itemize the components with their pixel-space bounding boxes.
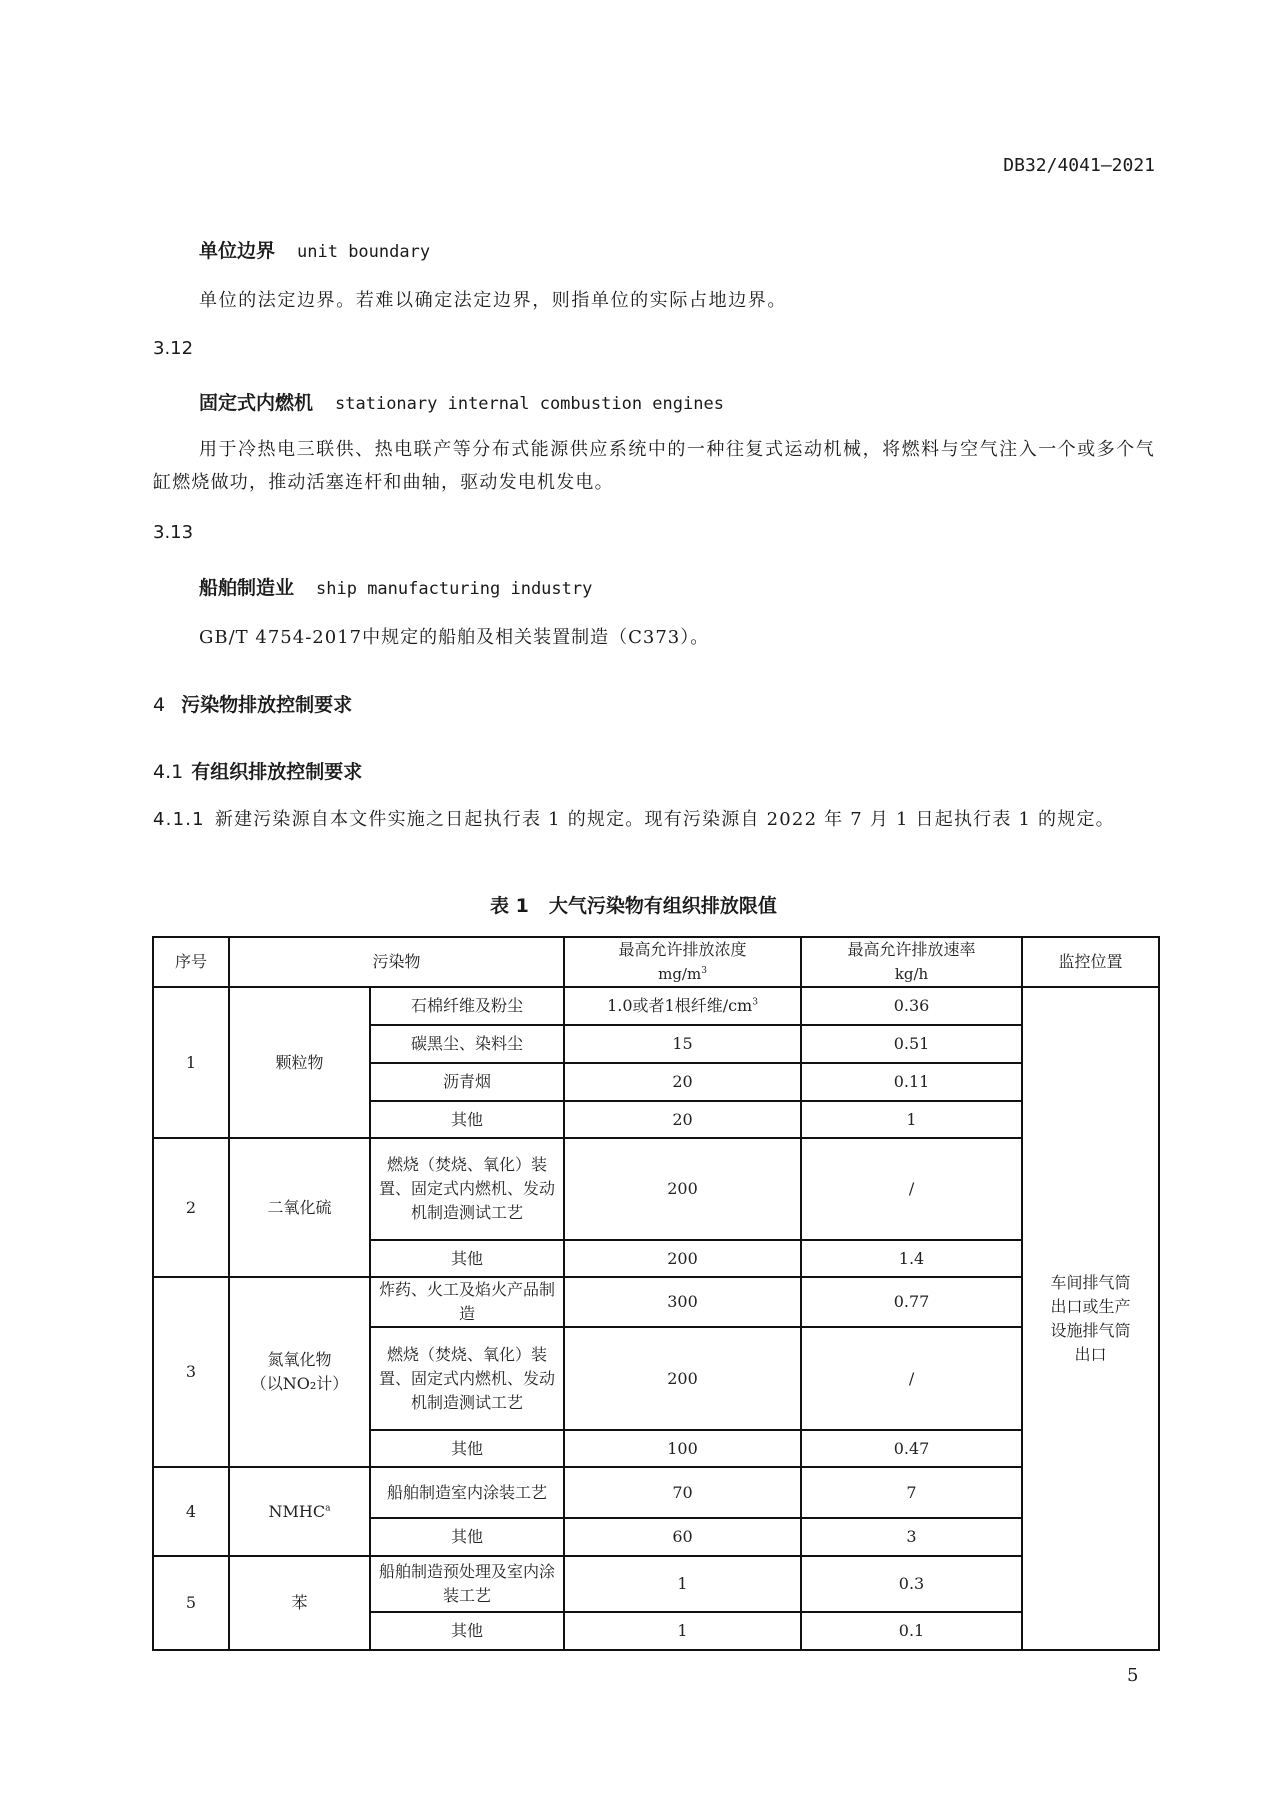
process-cell: 其他 (370, 1240, 564, 1277)
concentration-cell: 200 (564, 1138, 801, 1240)
concentration-cell: 200 (564, 1240, 801, 1277)
header-pollutant: 污染物 (229, 937, 564, 987)
section-title: 污染物排放控制要求 (181, 694, 352, 716)
term-stationary-engines: 固定式内燃机stationary internal combustion eng… (199, 388, 724, 415)
term-en: ship manufacturing industry (316, 579, 592, 599)
concentration-cell: 70 (564, 1467, 801, 1518)
term-unit-boundary: 单位边界unit boundary (199, 236, 430, 263)
concentration-cell: 15 (564, 1025, 801, 1063)
monitor-line: 车间排气筒 (1027, 1271, 1154, 1295)
pollutant-cell: 二氧化硫 (229, 1138, 370, 1277)
table-row: 1 颗粒物 石棉纤维及粉尘 1.0或者1根纤维/cm3 0.36 车间排气筒 出… (153, 987, 1159, 1025)
process-cell: 其他 (370, 1430, 564, 1467)
seq-cell: 4 (153, 1467, 229, 1556)
process-cell: 船舶制造室内涂装工艺 (370, 1467, 564, 1518)
monitor-line: 出口或生产 (1027, 1295, 1154, 1319)
header-rate-unit: kg/h (806, 962, 1017, 986)
section-number: 4.1 (153, 761, 183, 783)
rate-cell: 0.1 (801, 1612, 1022, 1650)
rate-cell: 0.77 (801, 1277, 1022, 1327)
rate-cell: 0.3 (801, 1556, 1022, 1612)
header-concentration-unit: mg/m3 (569, 962, 796, 986)
process-cell: 沥青烟 (370, 1063, 564, 1101)
document-number: DB32/4041—2021 (1003, 155, 1155, 176)
concentration-cell: 1 (564, 1612, 801, 1650)
term-zh: 船舶制造业 (199, 577, 294, 599)
concentration-cell: 100 (564, 1430, 801, 1467)
concentration-cell: 200 (564, 1327, 801, 1430)
rate-cell: / (801, 1138, 1022, 1240)
section-heading-4-1: 4.1有组织排放控制要求 (153, 757, 362, 784)
term-zh: 固定式内燃机 (199, 392, 313, 414)
monitor-line: 出口 (1027, 1343, 1154, 1367)
table-row: 5 苯 船舶制造预处理及室内涂装工艺 1 0.3 (153, 1556, 1159, 1612)
pollutant-note: （以NO₂计） (234, 1372, 365, 1396)
section-heading-4: 4污染物排放控制要求 (153, 690, 352, 717)
rate-cell: 1.4 (801, 1240, 1022, 1277)
seq-cell: 2 (153, 1138, 229, 1277)
concentration-cell: 1 (564, 1556, 801, 1612)
process-cell: 炸药、火工及焰火产品制造 (370, 1277, 564, 1327)
pollutant-name: 氮氧化物 (234, 1348, 365, 1372)
process-cell: 其他 (370, 1612, 564, 1650)
monitor-location-cell: 车间排气筒 出口或生产 设施排气筒 出口 (1022, 987, 1159, 1650)
term-en: unit boundary (297, 242, 430, 262)
rate-cell: 7 (801, 1467, 1022, 1518)
rate-cell: 0.36 (801, 987, 1022, 1025)
seq-cell: 5 (153, 1556, 229, 1650)
seq-cell: 1 (153, 987, 229, 1138)
process-cell: 燃烧（焚烧、氧化）装置、固定式内燃机、发动机制造测试工艺 (370, 1327, 564, 1430)
unit-superscript: 3 (752, 998, 758, 1008)
header-concentration-label: 最高允许排放浓度 (569, 938, 796, 962)
rate-cell: 3 (801, 1518, 1022, 1556)
concentration-cell: 1.0或者1根纤维/cm3 (564, 987, 801, 1025)
clause-number: 3.12 (153, 338, 193, 359)
process-cell: 燃烧（焚烧、氧化）装置、固定式内燃机、发动机制造测试工艺 (370, 1138, 564, 1240)
clause-number: 3.13 (153, 522, 193, 543)
term-en: stationary internal combustion engines (335, 394, 724, 414)
process-cell: 碳黑尘、染料尘 (370, 1025, 564, 1063)
monitor-line: 设施排气筒 (1027, 1319, 1154, 1343)
clause-number: 4.1.1 (153, 809, 205, 830)
concentration-cell: 20 (564, 1063, 801, 1101)
term-zh: 单位边界 (199, 240, 275, 262)
pollutant-cell: 氮氧化物 （以NO₂计） (229, 1277, 370, 1467)
clause-4-1-1: 4.1.1新建污染源自本文件实施之日起执行表 1 的规定。现有污染源自 2022… (153, 803, 1155, 836)
header-rate-label: 最高允许排放速率 (806, 938, 1017, 962)
pollutant-cell: NMHCa (229, 1467, 370, 1556)
process-cell: 其他 (370, 1101, 564, 1138)
header-seq: 序号 (153, 937, 229, 987)
section-title: 有组织排放控制要求 (191, 761, 362, 783)
pollutant-cell: 颗粒物 (229, 987, 370, 1138)
table-header-row: 序号 污染物 最高允许排放浓度 mg/m3 最高允许排放速率 kg/h 监控位置 (153, 937, 1159, 987)
emission-limits-table: 序号 污染物 最高允许排放浓度 mg/m3 最高允许排放速率 kg/h 监控位置… (152, 936, 1160, 1651)
rate-cell: 1 (801, 1101, 1022, 1138)
concentration-cell: 300 (564, 1277, 801, 1327)
header-concentration: 最高允许排放浓度 mg/m3 (564, 937, 801, 987)
process-cell: 船舶制造预处理及室内涂装工艺 (370, 1556, 564, 1612)
concentration-cell: 20 (564, 1101, 801, 1138)
rate-cell: 0.47 (801, 1430, 1022, 1467)
section-number: 4 (153, 694, 165, 716)
header-monitor: 监控位置 (1022, 937, 1159, 987)
page-number: 5 (1127, 1665, 1138, 1686)
table-title: 大气污染物有组织排放限值 (549, 895, 777, 917)
rate-cell: 0.51 (801, 1025, 1022, 1063)
table-row: 2 二氧化硫 燃烧（焚烧、氧化）装置、固定式内燃机、发动机制造测试工艺 200 … (153, 1138, 1159, 1240)
unit-superscript: 3 (701, 966, 707, 976)
concentration-value: 1.0或者1根纤维/cm (607, 996, 752, 1015)
seq-cell: 3 (153, 1277, 229, 1467)
table-row: 4 NMHCa 船舶制造室内涂装工艺 70 7 (153, 1467, 1159, 1518)
term-definition: GB/T 4754-2017中规定的船舶及相关装置制造（C373）。 (199, 623, 709, 649)
rate-cell: / (801, 1327, 1022, 1430)
table-number: 表 1 (490, 895, 529, 917)
concentration-cell: 60 (564, 1518, 801, 1556)
process-cell: 其他 (370, 1518, 564, 1556)
unit-text: mg/m (658, 965, 701, 983)
pollutant-cell: 苯 (229, 1556, 370, 1650)
term-definition: 单位的法定边界。若难以确定法定边界，则指单位的实际占地边界。 (199, 286, 787, 312)
table-caption: 表 1大气污染物有组织排放限值 (490, 891, 777, 918)
rate-cell: 0.11 (801, 1063, 1022, 1101)
footnote-marker: a (325, 1503, 330, 1513)
header-rate: 最高允许排放速率 kg/h (801, 937, 1022, 987)
clause-text: 新建污染源自本文件实施之日起执行表 1 的规定。现有污染源自 2022 年 7 … (215, 809, 1115, 830)
term-definition: 用于冷热电三联供、热电联产等分布式能源供应系统中的一种往复式运动机械，将燃料与空… (153, 433, 1155, 499)
table-row: 3 氮氧化物 （以NO₂计） 炸药、火工及焰火产品制造 300 0.77 (153, 1277, 1159, 1327)
process-cell: 石棉纤维及粉尘 (370, 987, 564, 1025)
pollutant-name: NMHC (269, 1502, 326, 1521)
term-ship-manufacturing: 船舶制造业ship manufacturing industry (199, 573, 592, 600)
